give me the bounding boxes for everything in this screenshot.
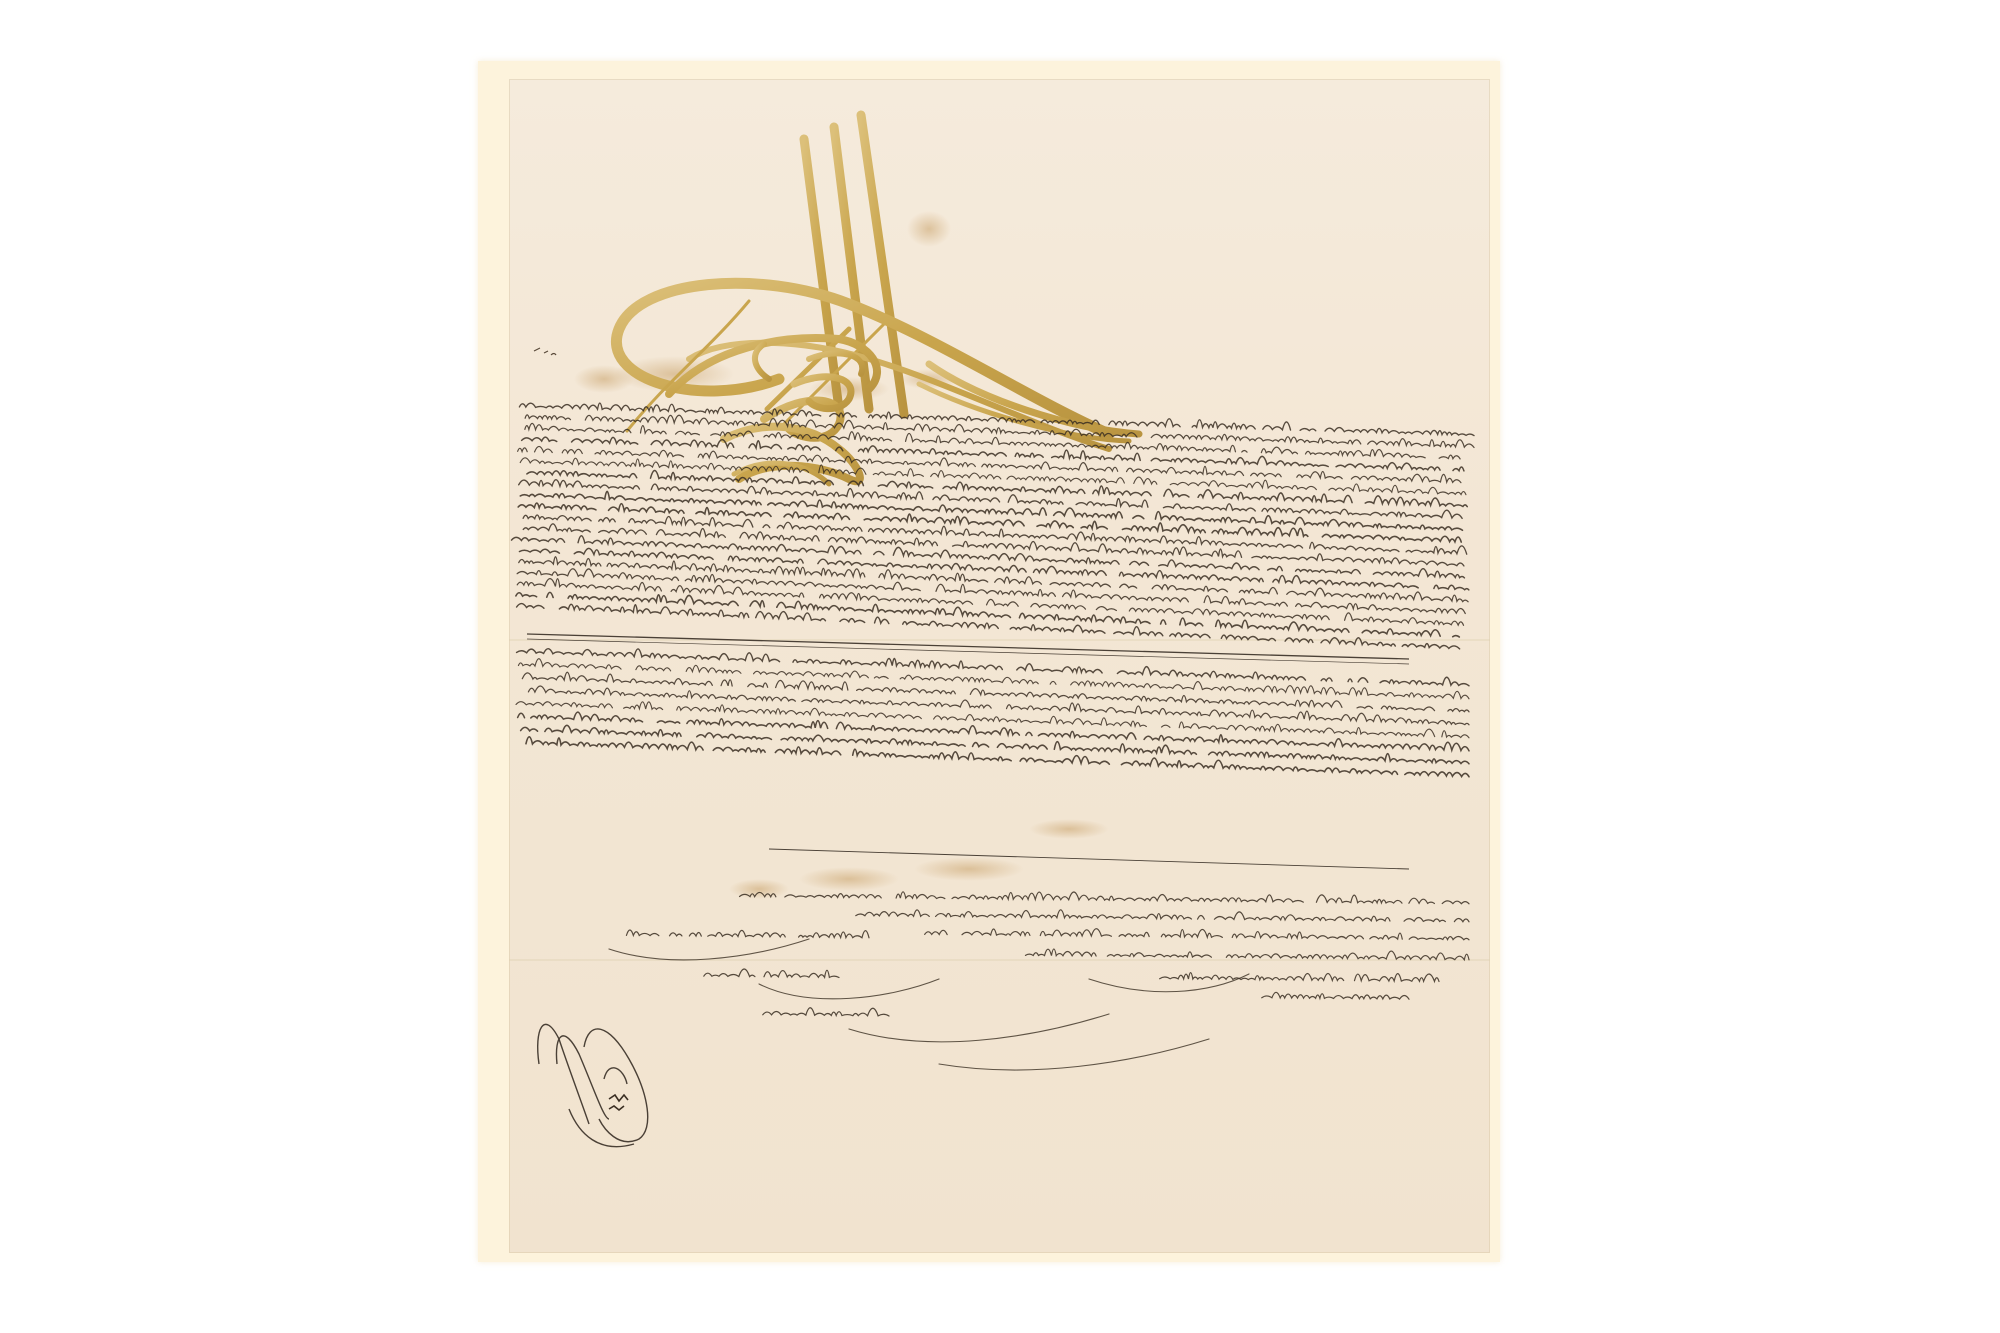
margin-note xyxy=(534,348,556,355)
document-artwork xyxy=(509,79,1490,1253)
tughra xyxy=(616,115,1139,484)
document-paper xyxy=(509,79,1490,1253)
photo-background: Ottoman imperial decree (firman) xyxy=(0,0,2000,1333)
stains xyxy=(574,211,1109,899)
signature-flourish xyxy=(538,1024,648,1146)
body-text-lines xyxy=(509,403,1474,1070)
ruled-divider-line xyxy=(527,634,1409,869)
